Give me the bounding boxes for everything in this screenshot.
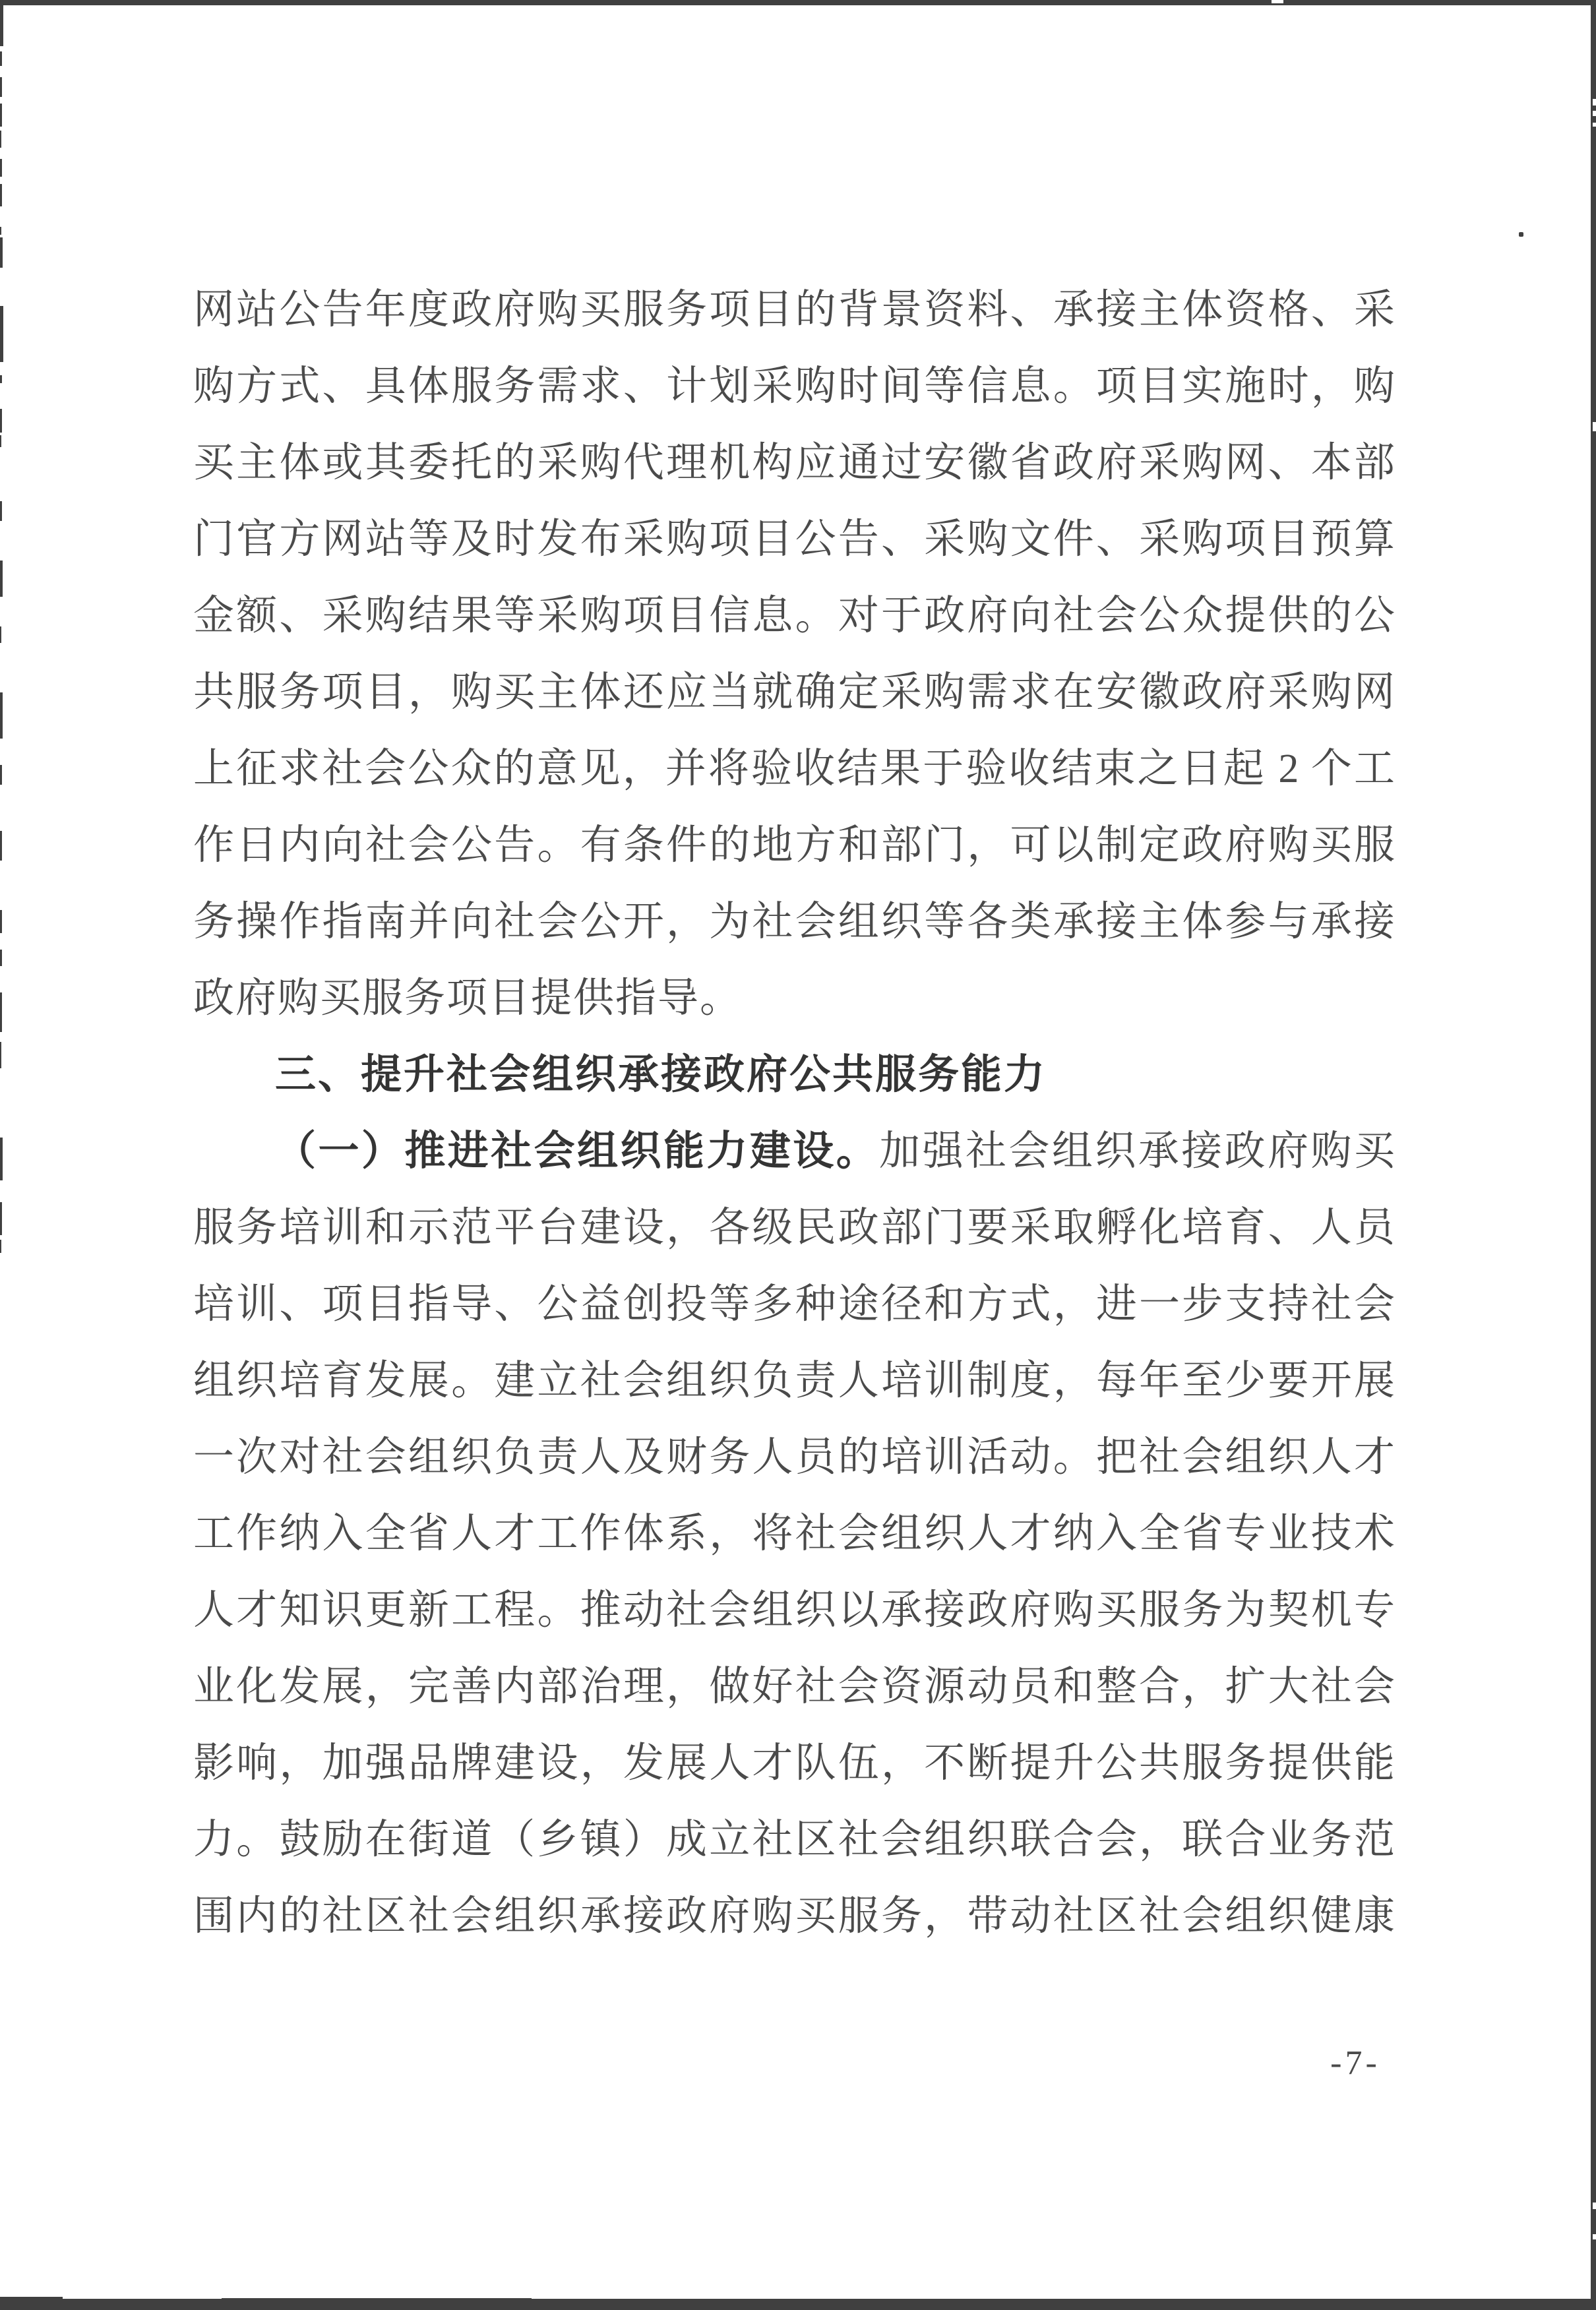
scan-edge-left-mark xyxy=(0,375,2,383)
scan-edge-left-mark xyxy=(0,626,1,643)
scan-edge-right-notch xyxy=(1593,422,1596,431)
scan-edge-top xyxy=(0,0,1596,5)
scan-edge-left-mark xyxy=(0,237,3,268)
scan-speck xyxy=(1519,232,1523,237)
text-line: 作日内向社会公告。有条件的地方和部门，可以制定政府购买服 xyxy=(193,807,1395,884)
text-line: 围内的社区社会组织承接政府购买服务，带动社区社会组织健康 xyxy=(193,1878,1395,1955)
scanned-document-page: 网站公告年度政府购买服务项目的背景资料、承接主体资格、采购方式、具体服务需求、计… xyxy=(0,0,1596,2310)
text-segment: 购方式、具体服务需求、计划采购时间等信息。项目实施时，购 xyxy=(193,364,1395,409)
scan-edge-right xyxy=(1591,0,1596,2310)
scan-edge-left-mark xyxy=(0,409,2,433)
scan-edge-top-notch xyxy=(1272,0,1283,3)
text-line: 人才知识更新工程。推动社会组织以承接政府购买服务为契机专 xyxy=(193,1572,1395,1649)
scan-edge-right-notch xyxy=(1593,2234,1596,2239)
page-number: -7- xyxy=(1286,2040,1425,2086)
scan-edge-right-notch xyxy=(1593,123,1596,127)
scan-edge-left-mark xyxy=(0,306,3,362)
scan-edge-left-mark xyxy=(0,1042,1,1068)
text-segment: 作日内向社会公告。有条件的地方和部门，可以制定政府购买服 xyxy=(193,823,1395,868)
text-line: 影响，加强品牌建设，发展人才队伍，不断提升公共服务提供能 xyxy=(193,1725,1395,1802)
scan-edge-right-notch xyxy=(1593,111,1596,116)
text-line: 务操作指南并向社会公开，为社会组织等各类承接主体参与承接 xyxy=(193,884,1395,960)
text-segment: 力。鼓励在街道（乡镇）成立社区社会组织联合会，联合业务范 xyxy=(193,1817,1395,1862)
text-line: （一）推进社会组织能力建设。加强社会组织承接政府购买 xyxy=(193,1113,1395,1190)
text-segment: 影响，加强品牌建设，发展人才队伍，不断提升公共服务提供能 xyxy=(193,1741,1395,1786)
scan-edge-bottom-step xyxy=(0,2297,63,2301)
scan-edge-left-mark xyxy=(0,910,2,933)
text-segment: 三、提升社会组织承接政府公共服务能力 xyxy=(275,1052,1047,1097)
section-heading: 三、提升社会组织承接政府公共服务能力 xyxy=(193,1037,1395,1113)
scan-edge-left-mark xyxy=(0,1240,1,1253)
text-segment: 培训、项目指导、公益创投等多种途径和方式，进一步支持社会 xyxy=(193,1282,1395,1327)
text-segment: 门官方网站等及时发布采购项目公告、采购文件、采购项目预算 xyxy=(193,517,1395,562)
text-line: 服务培训和示范平台建设，各级民政部门要采取孵化培育、人员 xyxy=(193,1190,1395,1266)
text-line: 购方式、具体服务需求、计划采购时间等信息。项目实施时，购 xyxy=(193,348,1395,425)
text-line: 业化发展，完善内部治理，做好社会资源动员和整合，扩大社会 xyxy=(193,1649,1395,1725)
text-segment: 工作纳入全省人才工作体系，将社会组织人才纳入全省专业技术 xyxy=(193,1511,1395,1556)
text-segment: 政府购买服务项目提供指导。 xyxy=(193,976,742,1021)
text-segment: 业化发展，完善内部治理，做好社会资源动员和整合，扩大社会 xyxy=(193,1664,1395,1709)
scan-edge-left-mark xyxy=(0,77,2,97)
text-line: 力。鼓励在街道（乡镇）成立社区社会组织联合会，联合业务范 xyxy=(193,1802,1395,1878)
text-line: 政府购买服务项目提供指导。 xyxy=(193,960,1395,1037)
scan-edge-bottom xyxy=(0,2299,1596,2310)
scan-edge-left-mark xyxy=(0,104,2,127)
text-line: 门官方网站等及时发布采购项目公告、采购文件、采购项目预算 xyxy=(193,501,1395,578)
text-segment: 买主体或其委托的采购代理机构应通过安徽省政府采购网、本部 xyxy=(193,441,1395,485)
scan-edge-left-mark xyxy=(0,765,2,785)
scan-edge-left-mark xyxy=(0,561,3,597)
text-segment: 上征求社会公众的意见，并将验收结果于验收结束之日起 2 个工 xyxy=(193,746,1395,791)
text-segment: 网站公告年度政府购买服务项目的背景资料、承接主体资格、采 xyxy=(193,288,1395,332)
scan-edge-left-mark xyxy=(0,435,1,447)
text-line: 上征求社会公众的意见，并将验收结果于验收结束之日起 2 个工 xyxy=(193,731,1395,807)
scan-edge-left-mark xyxy=(0,501,2,521)
scan-edge-left-mark xyxy=(0,831,2,861)
scan-edge-left-mark xyxy=(0,227,1,235)
text-segment: 人才知识更新工程。推动社会组织以承接政府购买服务为契机专 xyxy=(193,1588,1395,1633)
scan-edge-left-mark xyxy=(0,1138,3,1180)
scan-edge-left-mark xyxy=(0,184,2,206)
text-line: 组织培育发展。建立社会组织负责人培训制度，每年至少要开展 xyxy=(193,1343,1395,1419)
scan-edge-left-mark xyxy=(0,950,2,966)
scan-edge-left-mark xyxy=(0,159,2,177)
text-line: 金额、采购结果等采购项目信息。对于政府向社会公众提供的公 xyxy=(193,578,1395,654)
scan-edge-left-mark xyxy=(0,131,1,148)
text-line: 一次对社会组织负责人及财务人员的培训活动。把社会组织人才 xyxy=(193,1419,1395,1496)
text-segment: 加强社会组织承接政府购买 xyxy=(879,1129,1395,1174)
text-line: 买主体或其委托的采购代理机构应通过安徽省政府采购网、本部 xyxy=(193,425,1395,501)
text-segment: 一次对社会组织负责人及财务人员的培训活动。把社会组织人才 xyxy=(193,1435,1395,1480)
text-segment: 共服务项目，购买主体还应当就确定采购需求在安徽政府采购网 xyxy=(193,670,1395,715)
scan-edge-right-notch xyxy=(1593,99,1596,106)
document-body: 网站公告年度政府购买服务项目的背景资料、承接主体资格、采购方式、具体服务需求、计… xyxy=(193,272,1395,1955)
text-segment: 服务培训和示范平台建设，各级民政部门要采取孵化培育、人员 xyxy=(193,1205,1395,1250)
text-segment: 组织培育发展。建立社会组织负责人培训制度，每年至少要开展 xyxy=(193,1358,1395,1403)
scan-edge-bottom-step xyxy=(222,2298,532,2300)
text-segment: 务操作指南并向社会公开，为社会组织等各类承接主体参与承接 xyxy=(193,899,1395,944)
text-line: 培训、项目指导、公益创投等多种途径和方式，进一步支持社会 xyxy=(193,1266,1395,1343)
scan-edge-right-notch xyxy=(1593,2203,1596,2209)
text-segment: （一）推进社会组织能力建设。 xyxy=(275,1128,879,1174)
text-segment: 围内的社区社会组织承接政府购买服务，带动社区社会组织健康 xyxy=(193,1894,1395,1939)
text-line: 共服务项目，购买主体还应当就确定采购需求在安徽政府采购网 xyxy=(193,654,1395,731)
text-line: 网站公告年度政府购买服务项目的背景资料、承接主体资格、采 xyxy=(193,272,1395,348)
text-segment: 金额、采购结果等采购项目信息。对于政府向社会公众提供的公 xyxy=(193,593,1395,638)
scan-edge-left-mark xyxy=(0,692,3,739)
scan-edge-left-mark xyxy=(0,51,2,66)
scan-edge-left-mark xyxy=(0,0,3,46)
text-line: 工作纳入全省人才工作体系，将社会组织人才纳入全省专业技术 xyxy=(193,1496,1395,1572)
scan-edge-left-mark xyxy=(0,1202,2,1235)
scan-edge-left-mark xyxy=(0,992,2,1032)
